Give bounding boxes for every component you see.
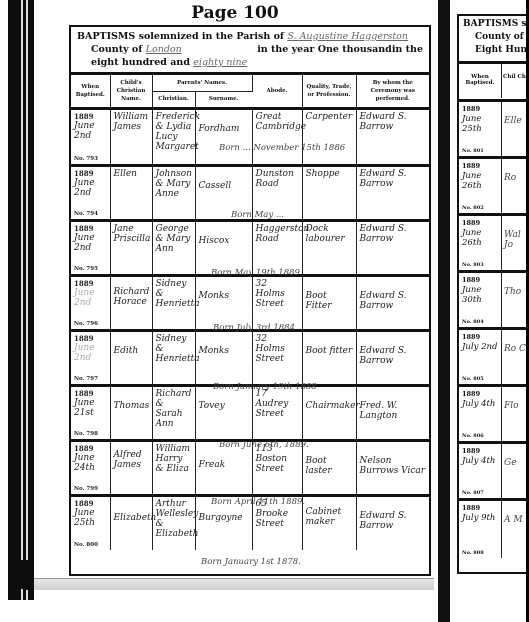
right-col-headers: When Baptised. Chil Christian	[459, 64, 529, 98]
quality-trade: Chairmaker	[302, 385, 356, 440]
parents-christian-names: Sidney & Henrietta	[152, 275, 195, 330]
entry-date: June 26th	[462, 228, 482, 248]
book-binding-left	[8, 0, 34, 600]
child-name: Thomas	[110, 385, 152, 440]
quality-trade: Boot fitter	[302, 330, 356, 385]
col-header-parents-names: Parents' Names.	[152, 75, 252, 91]
entry-number: No. 805	[462, 376, 484, 382]
surname: Monks	[195, 275, 252, 330]
child-name: Ro	[504, 173, 516, 183]
birth-date-note: Born June 6th, 1889.	[219, 440, 309, 450]
entry-year: 1889	[74, 224, 107, 233]
register-entry: 1889June 2ndNo. 795 Jane Priscilla Georg…	[71, 220, 429, 275]
birth-date-note: Born May 19th 1889	[211, 268, 300, 278]
officiant: Edward S. Barrow	[356, 220, 429, 275]
entry-number: No. 803	[462, 262, 484, 268]
divider	[501, 444, 502, 498]
entry-year: 1889	[462, 218, 500, 228]
baptism-register-right-page: BAPTISMS so County of Eight Hun When Bap…	[457, 14, 529, 574]
entry-date: June 26th	[462, 171, 482, 191]
entry-year: 1889	[462, 389, 500, 399]
child-name: A M	[504, 515, 523, 525]
entry-year: 1889	[462, 503, 500, 513]
register-entry: 1889June 26th Wal Jo No. 803	[459, 213, 529, 270]
register-entry: 1889June 26th Ro No. 802	[459, 156, 529, 213]
entry-number: No. 806	[462, 433, 484, 439]
entry-year: 1889	[462, 161, 500, 171]
birth-date-note: Born January 1st 1878.	[201, 557, 301, 567]
child-name: Flo	[504, 401, 519, 411]
binding-stripe	[26, 0, 28, 600]
baptism-register-left-page: BAPTISMS solemnized in the Parish of S. …	[69, 25, 431, 576]
child-name: Alfred James	[110, 440, 152, 495]
entry-date: June 2nd	[74, 343, 95, 363]
abode: 32 Holms Street	[252, 275, 302, 330]
entry-number: No. 798	[74, 431, 98, 437]
divider	[501, 330, 502, 384]
heading-text: BAPTISMS solemnized in the Parish of	[77, 31, 284, 42]
entry-year: 1889	[462, 446, 500, 456]
col-header-when-baptised: When Baptised.	[459, 74, 501, 86]
entry-year: 1889	[74, 334, 107, 343]
surname: Monks	[195, 330, 252, 385]
binding-stripe	[21, 0, 23, 600]
birth-date-note: Born May ...	[231, 210, 284, 220]
child-name: Edith	[110, 330, 152, 385]
entry-date: July 4th	[462, 399, 495, 409]
col-header-surname: Surname.	[195, 91, 252, 107]
abode: 17 Audrey Street	[252, 385, 302, 440]
register-entry: 1889June 2ndNo. 797 Edith Sidney & Henri…	[71, 330, 429, 385]
divider	[501, 102, 502, 156]
register-entry: 1889June 25th Elle No. 801	[459, 99, 529, 156]
entry-year: 1889	[462, 104, 500, 114]
register-entry: 1889July 4th Flo No. 806	[459, 384, 529, 441]
child-name: William James	[110, 110, 152, 165]
parents-christian-names: Frederick & Lydia Lucy Margaret	[152, 110, 195, 165]
col-header-abode: Abode.	[252, 75, 302, 107]
entry-number: No. 804	[462, 319, 484, 325]
year-words: eighty nine	[193, 57, 247, 68]
entry-number: No. 795	[74, 266, 98, 272]
entry-year: 1889	[74, 444, 107, 453]
surname: Fordham	[195, 110, 252, 165]
birth-date-note: Born April 11th 1889.	[211, 497, 305, 507]
heading-line-2: County of London in the year One thousan…	[77, 43, 423, 56]
parents-christian-names: Arthur Wellesley & Elizabeth	[152, 495, 195, 550]
entry-number: No. 794	[74, 211, 98, 217]
book-gutter	[438, 0, 450, 622]
register-entry: 1889June 21stNo. 798 Thomas Richard & Sa…	[71, 385, 429, 440]
abode: Great Cambridge	[252, 110, 302, 165]
entry-number: No. 807	[462, 490, 484, 496]
right-heading: BAPTISMS so County of Eight Hun	[459, 16, 529, 59]
entry-year: 1889	[74, 389, 107, 398]
parents-christian-names: Richard & Sarah Ann	[152, 385, 195, 440]
entry-date: June 2nd	[74, 178, 95, 198]
entry-number: No. 796	[74, 321, 98, 327]
birth-date-note: Born January 19th 1888	[213, 382, 317, 392]
officiant: Edward S. Barrow	[356, 110, 429, 165]
officiant: Edward S. Barrow	[356, 495, 429, 550]
child-name: Tho	[504, 287, 521, 297]
divider	[501, 387, 502, 441]
quality-trade: Carpenter	[302, 110, 356, 165]
page-edge	[34, 578, 434, 590]
entry-year: 1889	[74, 169, 107, 178]
parents-christian-names: Sidney & Henrietta	[152, 330, 195, 385]
heading-line-3: eight hundred and eighty nine	[77, 56, 423, 69]
parents-christian-names: Johnson & Mary Anne	[152, 165, 195, 220]
divider	[501, 216, 502, 270]
officiant: Edward S. Barrow	[356, 275, 429, 330]
divider	[501, 501, 502, 558]
heading-text: eight hundred and	[91, 57, 190, 68]
entry-year: 1889	[462, 332, 500, 342]
col-header-by-whom: By whom the Ceremony was performed.	[356, 75, 429, 107]
quality-trade: Shoppe	[302, 165, 356, 220]
parents-christian-names: William Harry & Eliza	[152, 440, 195, 495]
entry-date: June 21st	[74, 398, 95, 418]
child-name: Ge	[504, 458, 517, 468]
heading-text: Eight Hun	[463, 44, 525, 57]
heading-text: BAPTISMS so	[463, 18, 525, 31]
entry-number: No. 800	[74, 542, 98, 548]
quality-trade: Cabinet maker	[302, 495, 356, 550]
child-name: Richard Horace	[110, 275, 152, 330]
entry-number: No. 793	[74, 156, 98, 162]
register-entry: 1889July 2nd Ro Cl No. 805	[459, 327, 529, 384]
divider	[501, 64, 502, 98]
entry-date: July 9th	[462, 513, 495, 523]
entry-number: No. 802	[462, 205, 484, 211]
entry-number: No. 799	[74, 486, 98, 492]
register-entry: 1889July 4th Ge No. 807	[459, 441, 529, 498]
heading-text: in the	[392, 43, 423, 56]
birth-date-note: Born ... November 15th 1886	[219, 143, 345, 153]
entry-date: June 25th	[74, 508, 95, 528]
child-name: Ellen	[110, 165, 152, 220]
parents-christian-names: George & Mary Ann	[152, 220, 195, 275]
quality-trade: Boot laster	[302, 440, 356, 495]
child-name: Jane Priscilla	[110, 220, 152, 275]
register-entry: 1889June 30th Tho No. 804	[459, 270, 529, 327]
entry-number: No. 797	[74, 376, 98, 382]
register-heading: BAPTISMS solemnized in the Parish of S. …	[71, 27, 429, 69]
surname: Hiscox	[195, 220, 252, 275]
officiant: Nelson Burrows Vicar	[356, 440, 429, 495]
abode: 32 Holms Street	[252, 330, 302, 385]
county-name: London	[146, 44, 182, 55]
col-header-christian: Christian.	[152, 91, 195, 107]
entry-number: No. 808	[462, 550, 484, 556]
entry-date: June 30th	[462, 285, 482, 305]
entry-year: 1889	[74, 279, 107, 288]
parish-name: S. Augustine Haggerston	[287, 31, 408, 42]
entry-year: 1889	[74, 112, 107, 121]
quality-trade: Boot Fitter	[302, 275, 356, 330]
birth-date-note: Born July 3rd 1884	[213, 323, 295, 333]
surname: Tovey	[195, 385, 252, 440]
child-name: Elle	[504, 116, 522, 126]
entry-date: June 2nd	[74, 288, 95, 308]
col-header-when-baptised: When Baptised.	[71, 75, 110, 107]
entry-date: June 2nd	[74, 121, 95, 141]
divider	[501, 159, 502, 213]
heading-text: in the year One thousand	[257, 43, 392, 56]
divider	[501, 273, 502, 327]
register-entry: 1889June 2ndNo. 796 Richard Horace Sidne…	[71, 275, 429, 330]
col-header-child-name: Child's Christian Name.	[110, 75, 152, 107]
entry-date: June 2nd	[74, 233, 95, 253]
quality-trade: Dock labourer	[302, 220, 356, 275]
page-title: Page 100	[0, 3, 470, 23]
heading-text: County of	[91, 44, 142, 55]
abode: Haggerston Road	[252, 220, 302, 275]
heading-text: County of	[463, 31, 525, 44]
entry-year: 1889	[462, 275, 500, 285]
entry-date: June 25th	[462, 114, 482, 134]
officiant: Edward S. Barrow	[356, 165, 429, 220]
entry-date: July 4th	[462, 456, 495, 466]
officiant: Fred. W. Langton	[356, 385, 429, 440]
entry-date: July 2nd	[462, 342, 497, 352]
heading-line-1: BAPTISMS solemnized in the Parish of S. …	[77, 30, 423, 43]
child-name: Elizabeth	[110, 495, 152, 550]
register-entry: 1889July 9th A M No. 808	[459, 498, 529, 558]
entry-number: No. 801	[462, 148, 484, 154]
register-entry: 1889June 2ndNo. 793 William James Freder…	[71, 110, 429, 165]
col-header-quality: Quality, Trade, or Profession.	[302, 75, 356, 107]
entry-year: 1889	[74, 499, 107, 508]
officiant: Edward S. Barrow	[356, 330, 429, 385]
entry-date: June 24th	[74, 453, 95, 473]
